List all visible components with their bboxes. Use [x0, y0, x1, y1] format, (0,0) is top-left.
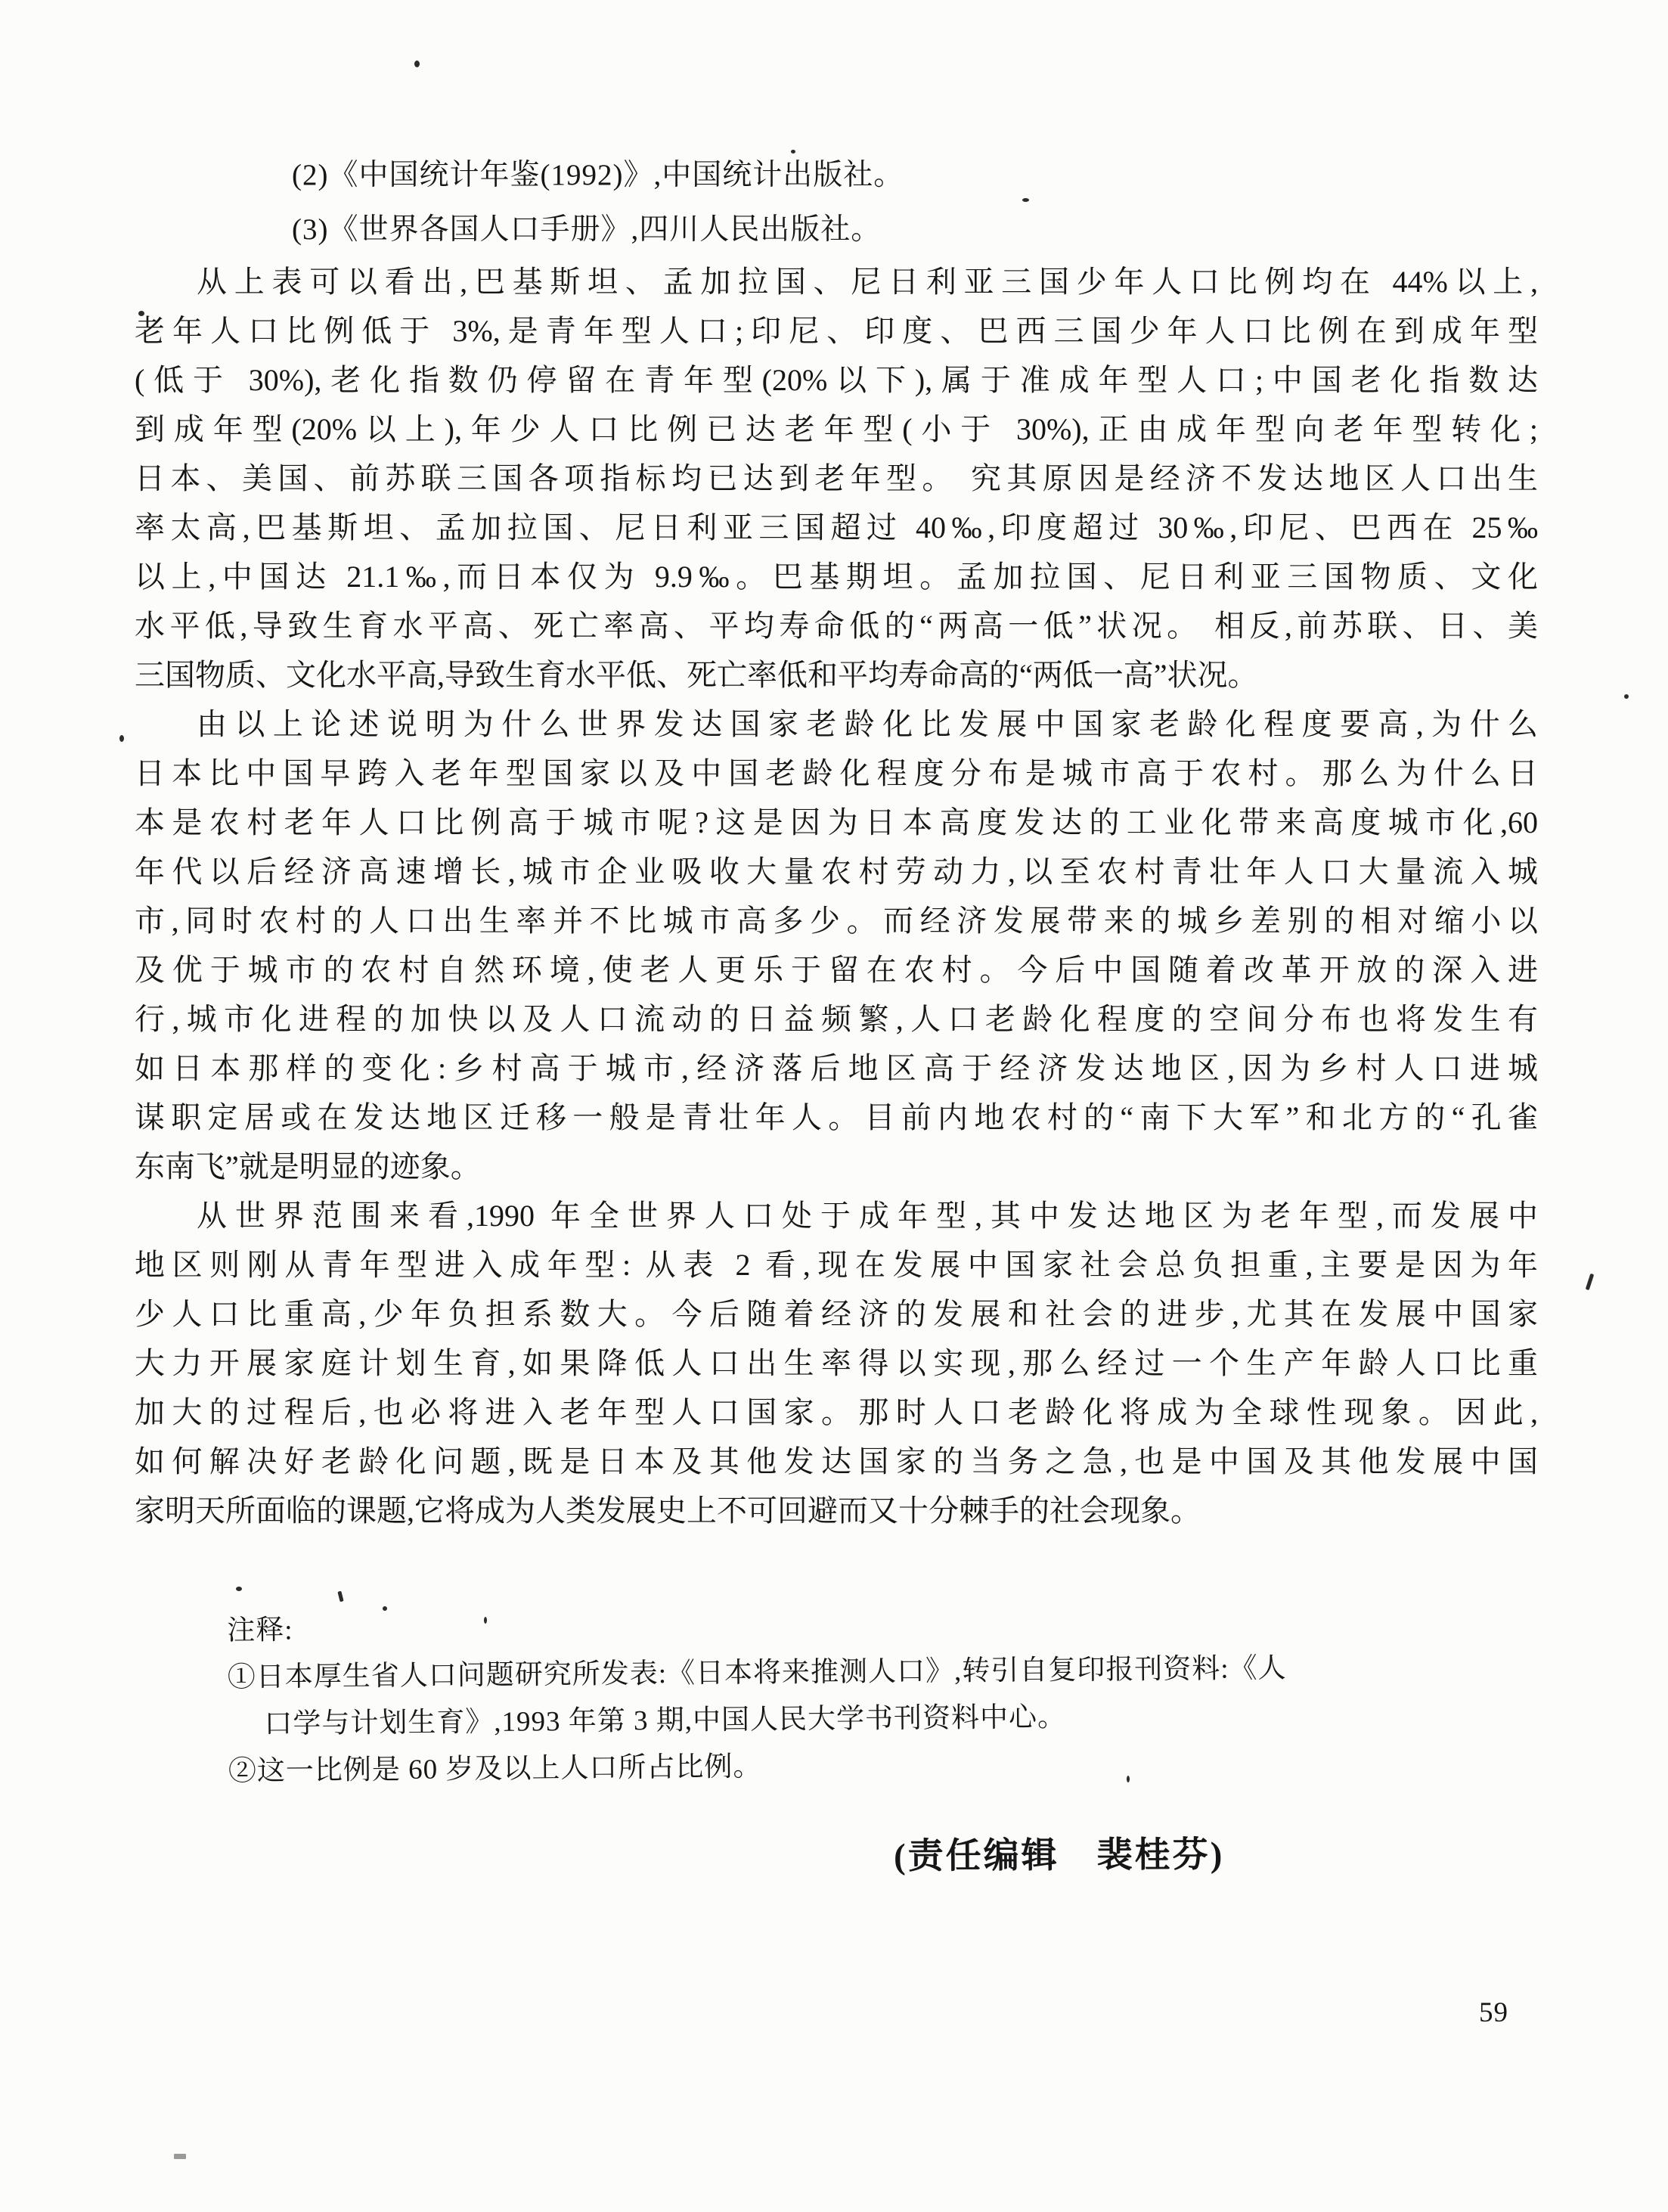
text-line: 从世界范围来看,1990 年全世界人口处于成年型,其中发达地区为老年型,而发展中	[135, 1191, 1538, 1240]
text-line: 本是农村老年人口比例高于城市呢?这是因为日本高度发达的工业化带来高度城市化,60	[135, 798, 1538, 847]
document-page: (2)《中国统计年鉴(1992)》,中国统计出版社。 (3)《世界各国人口手册》…	[0, 0, 1668, 2212]
text-line: 率太高,巴基斯坦、孟加拉国、尼日利亚三国超过 40‰,印度超过 30‰,印尼、巴…	[135, 503, 1538, 552]
text-line: 大力开展家庭计划生育,如果降低人口出生率得以实现,那么经过一个生产年龄人口比重	[135, 1339, 1538, 1388]
scan-speck	[236, 1587, 242, 1591]
scan-speck	[1586, 1274, 1595, 1290]
text-line: 年代以后经济高速增长,城市企业吸收大量农村劳动力,以至农村青壮年人口大量流入城	[135, 847, 1538, 896]
text-line: 东南飞”就是明显的迹象。	[135, 1142, 1538, 1191]
page-number: 59	[1479, 1996, 1508, 2029]
body-text: 从上表可以看出,巴基斯坦、孟加拉国、尼日利亚三国少年人口比例均在 44%以上,老…	[135, 257, 1538, 1535]
scan-speck	[484, 1617, 487, 1624]
text-line: 从上表可以看出,巴基斯坦、孟加拉国、尼日利亚三国少年人口比例均在 44%以上,	[135, 257, 1538, 306]
text-line: 日本、美国、前苏联三国各项指标均已达到老年型。 究其原因是经济不发达地区人口出生	[135, 454, 1538, 503]
text-line: (低于 30%),老化指数仍停留在青年型(20%以下),属于准成年型人口;中国老…	[135, 355, 1538, 405]
scan-speck	[174, 2154, 186, 2159]
citation-line: (3)《世界各国人口手册》,四川人民出版社。	[292, 203, 904, 257]
notes-list: ①日本厚生省人口问题研究所发表:《日本将来推测人口》,转引自复印报刊资料:《人口…	[228, 1643, 1549, 1795]
text-line: 三国物质、文化水平高,导致生育水平低、死亡率低和平均寿命高的“两低一高”状况。	[135, 650, 1538, 700]
text-line: 加大的过程后,也必将进入老年型人口国家。那时人口老龄化将成为全球性现象。因此,	[135, 1388, 1538, 1437]
text-line: 如日本那样的变化:乡村高于城市,经济落后地区高于经济发达地区,因为乡村人口进城	[135, 1044, 1538, 1093]
scan-speck	[414, 60, 420, 67]
paragraph: 从世界范围来看,1990 年全世界人口处于成年型,其中发达地区为老年型,而发展中…	[135, 1191, 1538, 1535]
text-line: 水平低,导致生育水平高、死亡率高、平均寿命低的“两高一低”状况。 相反,前苏联、…	[135, 601, 1538, 650]
citation-line: (2)《中国统计年鉴(1992)》,中国统计出版社。	[292, 148, 904, 203]
scan-speck	[1022, 198, 1029, 202]
text-line: 以上,中国达 21.1‰,而日本仅为 9.9‰。巴基期坦。孟加拉国、尼日利亚三国…	[135, 552, 1538, 601]
scan-speck	[383, 1606, 387, 1611]
paragraph: 从上表可以看出,巴基斯坦、孟加拉国、尼日利亚三国少年人口比例均在 44%以上,老…	[135, 257, 1538, 700]
editor-credit: (责任编辑 裴桂芬)	[894, 1826, 1225, 1878]
scan-speck	[1624, 694, 1629, 699]
text-line: 市,同时农村的人口出生率并不比城市高多少。而经济发展带来的城乡差别的相对缩小以	[135, 896, 1538, 945]
scan-speck	[138, 311, 144, 316]
text-line: 由以上论述说明为什么世界发达国家老龄化比发展中国家老龄化程度要高,为什么	[135, 700, 1538, 749]
text-line: 到成年型(20%以上),年少人口比例已达老年型(小于 30%),正由成年型向老年…	[135, 405, 1538, 454]
paragraph: 由以上论述说明为什么世界发达国家老龄化比发展中国家老龄化程度要高,为什么日本比中…	[135, 700, 1538, 1191]
text-line: 谋职定居或在发达地区迁移一般是青壮年人。目前内地农村的“南下大军”和北方的“孔雀	[135, 1093, 1538, 1142]
text-line: 少人口比重高,少年负担系数大。今后随着经济的发展和社会的进步,尤其在发展中国家	[135, 1289, 1538, 1339]
text-line: 如何解决好老龄化问题,既是日本及其他发达国家的当务之急,也是中国及其他发展中国	[135, 1437, 1538, 1486]
text-line: 行,城市化进程的加快以及人口流动的日益频繁,人口老龄化程度的空间分布也将发生有	[135, 994, 1538, 1044]
text-line: 家明天所面临的课题,它将成为人类发展史上不可回避而又十分棘手的社会现象。	[135, 1486, 1538, 1535]
scan-speck	[791, 150, 795, 154]
notes-section: 注释: ①日本厚生省人口问题研究所发表:《日本将来推测人口》,转引自复印报刊资料…	[227, 1596, 1548, 1795]
text-line: 地区则刚从青年型进入成年型: 从表 2 看,现在发展中国家社会总负担重,主要是因…	[135, 1240, 1538, 1289]
text-line: 及优于城市的农村自然环境,使老人更乐于留在农村。今后中国随着改革开放的深入进	[135, 945, 1538, 994]
text-line: 日本比中国早跨入老年型国家以及中国老龄化程度分布是城市高于农村。那么为什么日	[135, 749, 1538, 798]
scan-speck	[337, 1591, 343, 1602]
scan-speck	[119, 735, 124, 742]
citation-list: (2)《中国统计年鉴(1992)》,中国统计出版社。 (3)《世界各国人口手册》…	[292, 148, 904, 257]
scan-speck	[1127, 1776, 1130, 1782]
text-line: 老年人口比例低于 3%,是青年型人口;印尼、印度、巴西三国少年人口比例在到成年型	[135, 306, 1538, 355]
